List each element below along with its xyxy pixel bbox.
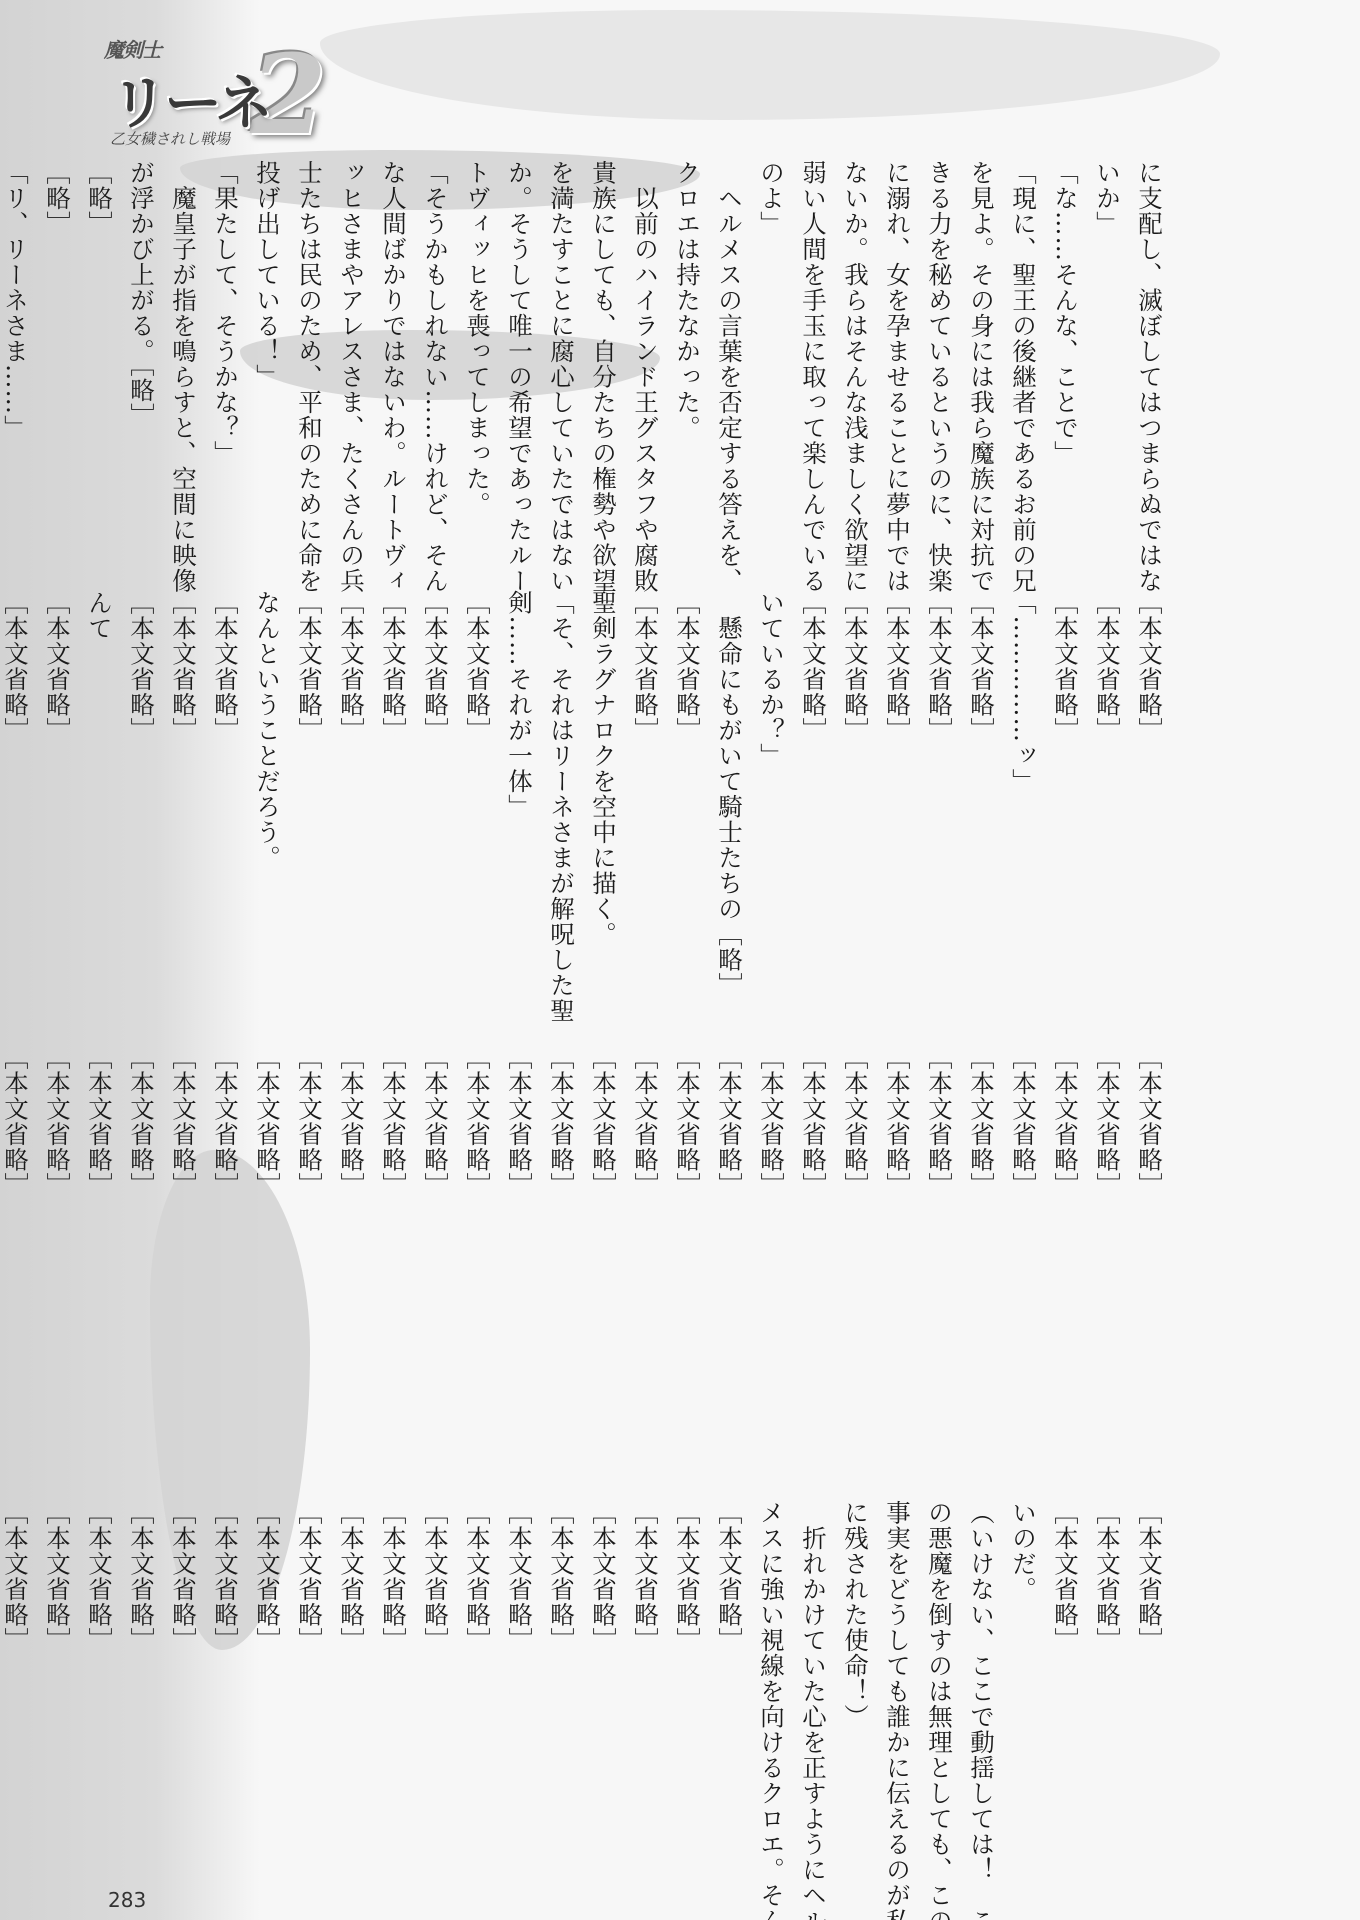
book-logo: 2 魔剣士 リーネ 乙女穢されし戦場 [100, 30, 330, 145]
text-line: ［本文省略］ [414, 590, 456, 1010]
text-line: 折れかけていた心を正すようにヘル [792, 1500, 834, 1880]
text-line: ［本文省略］ [456, 590, 498, 1010]
text-line: ［本文省略］ [1086, 1500, 1128, 1880]
text-line: ［本文省略］ [624, 1045, 666, 1465]
text-line: ［本文省略］ [78, 1045, 120, 1465]
text-line: ［本文省略］ [288, 1045, 330, 1465]
text-line: ［本文省略］ [372, 1045, 414, 1465]
text-line: ［本文省略］ [36, 1500, 78, 1880]
text-band-1: に支配し、滅ぼしてはつまらぬではないか」「な……そんな、ことで」「現に、聖王の後… [100, 160, 1170, 560]
text-line: ［本文省略］ [414, 1500, 456, 1880]
text-line: ［本文省略］ [0, 1045, 36, 1465]
text-line: ［本文省略］ [204, 1045, 246, 1465]
text-line: な人間ばかりではないわ。ルートヴィ [372, 160, 414, 560]
text-line: ［本文省略］ [162, 590, 204, 1010]
text-line: のよ」 [750, 160, 792, 560]
text-line: 事実をどうしても誰かに伝えるのが私 [876, 1500, 918, 1880]
text-line: に溺れ、女を孕ませることに夢中では [876, 160, 918, 560]
text-line: に残された使命！） [834, 1500, 876, 1880]
text-line: 懸命にもがいて騎士たちの［略］ [708, 590, 750, 1010]
text-line: を見よ。その身には我ら魔族に対抗で [960, 160, 1002, 560]
text-line: ［本文省略］ [120, 1500, 162, 1880]
text-line: ［本文省略］ [1002, 1045, 1044, 1465]
text-line: ［本文省略］ [792, 1045, 834, 1465]
text-line: ［本文省略］ [540, 1045, 582, 1465]
text-line: 投げ出している！」 [246, 160, 288, 560]
text-line: ［本文省略］ [624, 590, 666, 1010]
text-line: ［本文省略］ [582, 1500, 624, 1880]
text-line: 貴族にしても、自分たちの権勢や欲望 [582, 160, 624, 560]
text-line: ないか。我らはそんな浅ましく欲望に [834, 160, 876, 560]
text-line: ［本文省略］ [372, 590, 414, 1010]
text-line: ［本文省略］ [876, 1045, 918, 1465]
text-line: ッヒさまやアレスさま、たくさんの兵 [330, 160, 372, 560]
text-line: 「な……そんな、ことで」 [1044, 160, 1086, 560]
text-line: 弱い人間を手玉に取って楽しんでいる [792, 160, 834, 560]
text-line: ［本文省略］ [666, 1045, 708, 1465]
text-line: か。そうして唯一の希望であったルー [498, 160, 540, 560]
text-line: 「果たして、そうかな？」 [204, 160, 246, 560]
text-line: いのだ。 [1002, 1500, 1044, 1880]
text-line: ［本文省略］ [78, 1500, 120, 1880]
text-line: ［本文省略］ [372, 1500, 414, 1880]
text-line: （いけない、ここで動揺しては！ こ [960, 1500, 1002, 1880]
text-band-3: ［本文省略］［本文省略］［本文省略］［本文省略］［本文省略］［本文省略］［本文省… [100, 1045, 1170, 1465]
text-line: 聖剣ラグナロクを空中に描く。 [582, 590, 624, 1010]
text-line: 「そ、それはリーネさまが解呪した聖 [540, 590, 582, 1010]
text-line: ［本文省略］ [876, 590, 918, 1010]
text-line: ［本文省略］ [498, 1500, 540, 1880]
text-line: なんということだろう。 [246, 590, 288, 1010]
text-line: ［本文省略］ [0, 1500, 36, 1880]
text-line: ［本文省略］ [708, 1045, 750, 1465]
text-line: ［本文省略］ [918, 1045, 960, 1465]
text-line: ヘルメスの言葉を否定する答えを、 [708, 160, 750, 560]
text-line: ［略］ [78, 160, 120, 560]
text-line: ［本文省略］ [120, 590, 162, 1010]
text-line: 士たちは民のため、平和のために命を [288, 160, 330, 560]
text-line: ［本文省略］ [834, 1045, 876, 1465]
page-number: 283 [108, 1888, 146, 1912]
text-line: 魔皇子が指を鳴らすと、空間に映像 [162, 160, 204, 560]
text-line: ［本文省略］ [1128, 1045, 1170, 1465]
text-line: ［本文省略］ [1086, 1045, 1128, 1465]
text-line: いているか？」 [750, 590, 792, 1010]
text-line: クロエは持たなかった。 [666, 160, 708, 560]
text-line: メスに強い視線を向けるクロエ。そん [750, 1500, 792, 1880]
text-line: ［本文省略］ [1044, 1045, 1086, 1465]
text-line: ［本文省略］ [750, 1045, 792, 1465]
text-line: ［本文省略］ [204, 1500, 246, 1880]
text-line: きる力を秘めているというのに、快楽 [918, 160, 960, 560]
text-line: 剣……それが一体」 [498, 590, 540, 1010]
text-line: ［本文省略］ [960, 1045, 1002, 1465]
text-line: ［本文省略］ [330, 1045, 372, 1465]
text-line: ［本文省略］ [36, 1045, 78, 1465]
text-line: ［本文省略］ [204, 590, 246, 1010]
text-line: ［本文省略］ [834, 590, 876, 1010]
text-line: ［本文省略］ [36, 590, 78, 1010]
text-line: トヴィッヒを喪ってしまった。 [456, 160, 498, 560]
text-line: 以前のハイランド王グスタフや腐敗 [624, 160, 666, 560]
text-line: ［本文省略］ [1086, 590, 1128, 1010]
book-page: 2 魔剣士 リーネ 乙女穢されし戦場 に支配し、滅ぼしてはつまらぬではないか」「… [0, 0, 1360, 1920]
text-band-4: ［本文省略］［本文省略］［本文省略］いのだ。（いけない、ここで動揺しては！ この… [100, 1500, 1170, 1880]
text-line: 「リ、リーネさま……」 [0, 160, 36, 560]
text-line: ［本文省略］ [288, 1500, 330, 1880]
text-line: ［本文省略］ [456, 1045, 498, 1465]
text-line: ［本文省略］ [540, 1500, 582, 1880]
text-line: ［本文省略］ [414, 1045, 456, 1465]
text-line: の悪魔を倒すのは無理としても、この [918, 1500, 960, 1880]
text-line: 「……………ッ」 [1002, 590, 1044, 1010]
text-line: ［本文省略］ [1044, 590, 1086, 1010]
text-line: ［本文省略］ [498, 1045, 540, 1465]
text-line: ［本文省略］ [288, 590, 330, 1010]
text-line: ［本文省略］ [1128, 590, 1170, 1010]
text-line: ［本文省略］ [1128, 1500, 1170, 1880]
text-line: ［本文省略］ [918, 590, 960, 1010]
text-line: 「そうかもしれない……けれど、そん [414, 160, 456, 560]
text-line: 「現に、聖王の後継者であるお前の兄 [1002, 160, 1044, 560]
brush-texture [320, 10, 1220, 120]
text-line: ［本文省略］ [792, 590, 834, 1010]
text-line: ［本文省略］ [330, 590, 372, 1010]
logo-subtitle: 乙女穢されし戦場 [110, 128, 230, 149]
text-line: ［本文省略］ [162, 1500, 204, 1880]
text-line: を満たすことに腐心していたではない [540, 160, 582, 560]
text-line: ［本文省略］ [330, 1500, 372, 1880]
text-line: ［本文省略］ [0, 590, 36, 1010]
text-line: が浮かび上がる。［略］ [120, 160, 162, 560]
text-line: んて [78, 590, 120, 1010]
text-line: ［本文省略］ [960, 590, 1002, 1010]
text-line: ［本文省略］ [456, 1500, 498, 1880]
text-line: に支配し、滅ぼしてはつまらぬではな [1128, 160, 1170, 560]
text-line: ［本文省略］ [246, 1500, 288, 1880]
text-line: ［本文省略］ [582, 1045, 624, 1465]
text-line: いか」 [1086, 160, 1128, 560]
text-line: ［本文省略］ [666, 590, 708, 1010]
text-line: ［略］ [36, 160, 78, 560]
text-line: ［本文省略］ [246, 1045, 288, 1465]
text-line: ［本文省略］ [666, 1500, 708, 1880]
text-line: ［本文省略］ [624, 1500, 666, 1880]
text-line: ［本文省略］ [708, 1500, 750, 1880]
text-line: ［本文省略］ [1044, 1500, 1086, 1880]
text-band-2: ［本文省略］［本文省略］［本文省略］「……………ッ」［本文省略］［本文省略］［本… [100, 590, 1170, 1010]
text-line: ［本文省略］ [162, 1045, 204, 1465]
text-line: ［本文省略］ [120, 1045, 162, 1465]
